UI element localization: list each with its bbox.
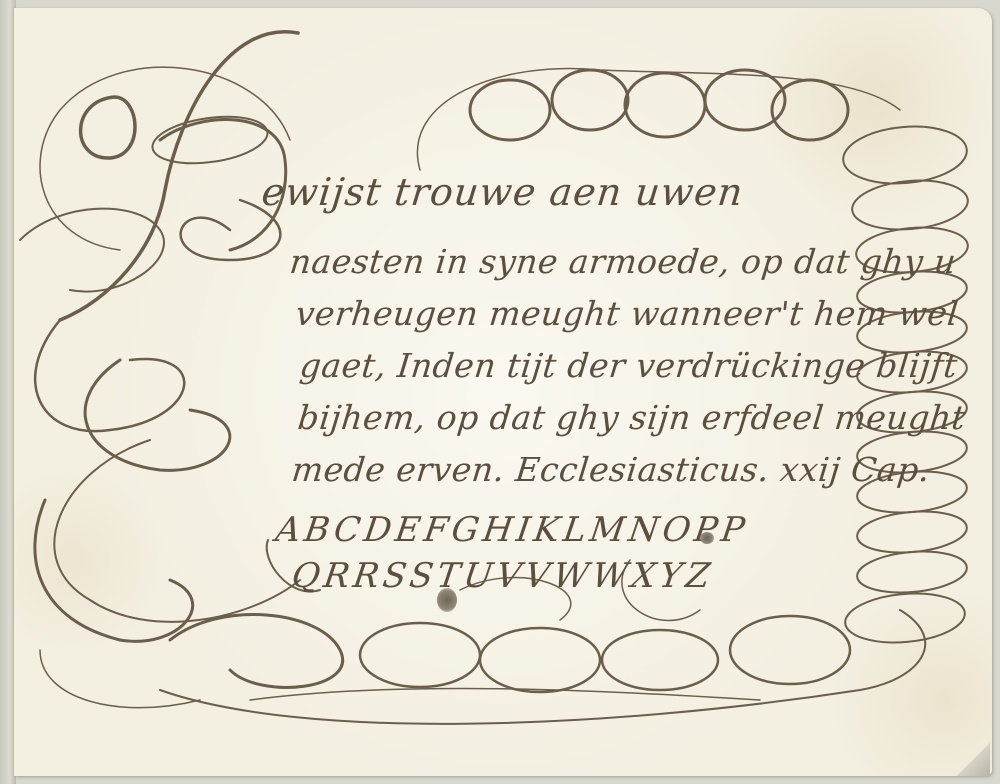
text-line-5: bijhem, op dat ghy sijn erfdeel meught — [296, 398, 968, 437]
text-line-2: naesten in syne armoede, op dat ghy u — [288, 242, 958, 281]
text-line-3: verheugen meught wanneer't hem wel — [294, 294, 961, 333]
text-line-1: ewijst trouwe aen uwen — [260, 170, 746, 214]
text-line-4: gaet, Inden tijt der verdrückinge blijft — [298, 346, 960, 385]
ink-blot — [700, 532, 714, 544]
ink-stain — [437, 588, 457, 612]
alphabet-line-2: QRRSSTUVVWWXYZ — [289, 556, 716, 596]
manuscript-page — [14, 8, 992, 776]
text-line-6: mede erven. Ecclesiasticus. xxij Cap. — [290, 450, 932, 489]
page-corner-curl — [956, 742, 990, 776]
alphabet-line-1: ABCDEFGHIKLMNOPP — [273, 510, 751, 550]
